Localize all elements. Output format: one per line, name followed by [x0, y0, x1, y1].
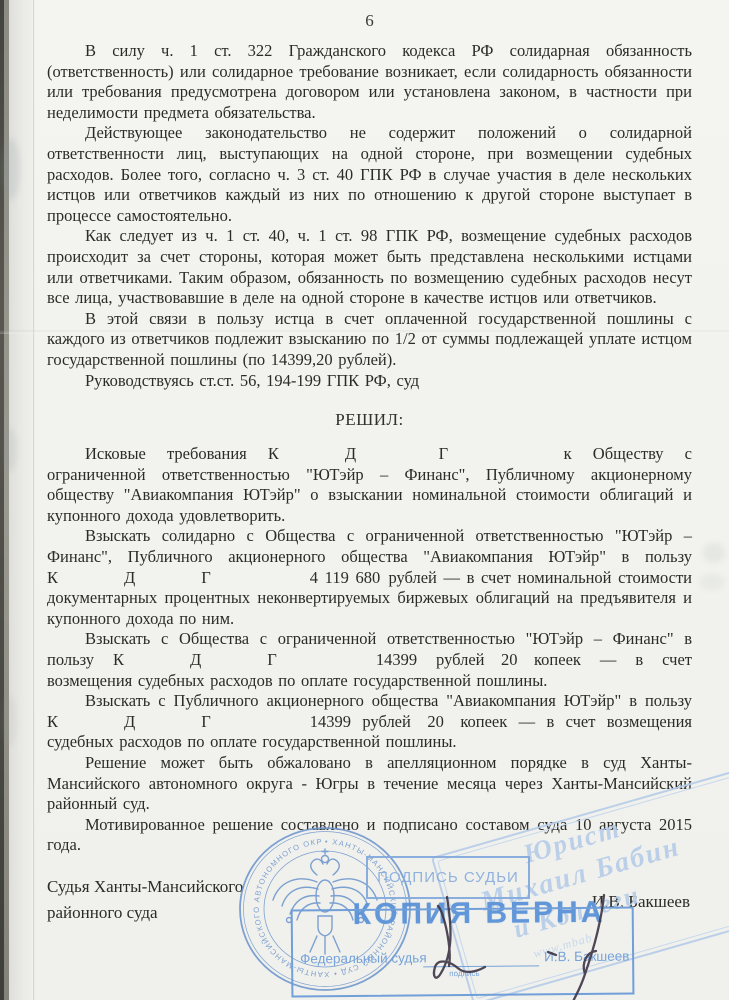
vertical-crease [33, 0, 35, 1000]
paragraph: В этой связи в пользу истца в счет оплач… [47, 309, 692, 371]
paragraph: Взыскать с Общества с ограниченной ответ… [47, 629, 692, 691]
double-eagle-emblem [273, 849, 377, 954]
signature-caption: подпись [449, 969, 479, 978]
paragraph: Мотивированное решение составлено и подп… [47, 815, 692, 856]
paragraph: Руководствуясь ст.ст. 56, 194-199 ГПК РФ… [47, 371, 692, 392]
paragraph: Взыскать с Публичного акционерного общес… [47, 691, 692, 753]
lawyer-stamp-line3: и Коллеги [510, 880, 643, 945]
judge-title: Судья Ханты-Мансийского районного суда [47, 874, 243, 926]
scanned-court-document-page: 6 В силу ч. 1 ст. 322 Гражданского кодек… [0, 0, 729, 1000]
paragraph: Действующее законодательство не содержит… [47, 123, 692, 226]
document-body: 6 В силу ч. 1 ст. 322 Гражданского кодек… [47, 0, 692, 856]
bleedthrough-smudge [703, 543, 725, 563]
resolution-heading: РЕШИЛ: [47, 410, 692, 430]
judge-title-line1: Судья Ханты-Мансийского [47, 874, 243, 900]
bleedthrough-smudge [3, 428, 17, 472]
bleedthrough-smudge [699, 574, 725, 590]
bleedthrough-smudge [2, 138, 20, 200]
bleedthrough-smudge [2, 695, 17, 747]
paragraph: Как следует из ч. 1 ст. 40, ч. 1 ст. 98 … [47, 226, 692, 308]
paragraph: Решение может быть обжаловано в апелляци… [47, 753, 692, 815]
copy-true-text: КОПИЯ ВЕРНА [353, 896, 606, 932]
judge-title-line2: районного суда [47, 900, 243, 926]
paragraph: Исковые требования К Д Г к Обществу с ог… [47, 444, 692, 526]
lawyer-stamp-url: www.mbab [532, 930, 595, 961]
page-number: 6 [47, 11, 692, 31]
signature-line [423, 964, 539, 967]
copy-stamp-box [291, 906, 635, 997]
judge-name: И.В. Бакшеев [572, 892, 690, 912]
judge-signature-stamp: ПОДПИСЬ СУДЬИ [366, 856, 530, 899]
stamp-judge-name: И.В. Бакшеев [544, 949, 629, 965]
paragraph: Взыскать солидарно с Общества с ограниче… [47, 526, 692, 629]
federal-judge-label: Федеральный судья [300, 950, 427, 966]
paragraph: В силу ч. 1 ст. 322 Гражданского кодекса… [47, 41, 692, 123]
